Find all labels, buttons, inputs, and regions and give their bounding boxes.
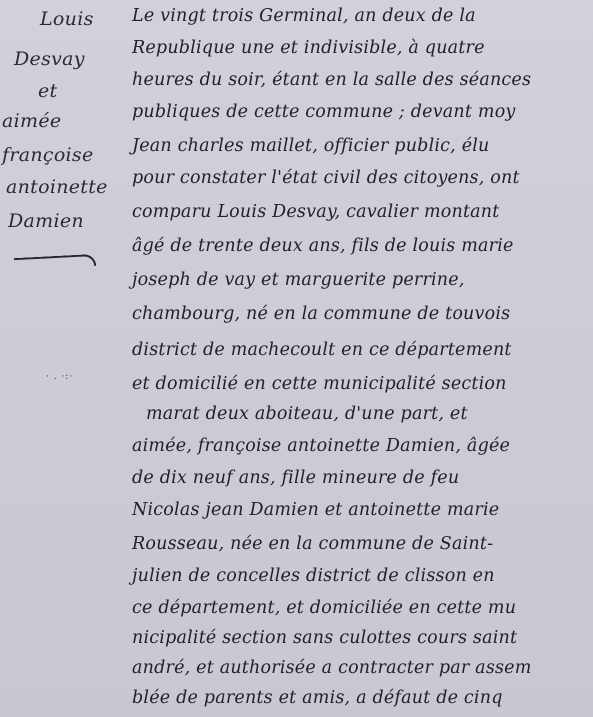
record-line-16: Nicolas jean Damien et antoinette marie [132,500,499,520]
record-line-11: district de machecoult en ce département [132,340,512,360]
margin-name-antoinette: antoinette [6,176,108,198]
margin-dots: · . ·:· [46,372,73,382]
record-line-10: chambourg, né en la commune de touvois [132,304,510,324]
record-line-20: nicipalité section sans culottes cours s… [132,628,517,648]
record-line-17: Rousseau, née en la commune de Saint- [132,534,493,554]
record-line-15: de dix neuf ans, fille mineure de feu [132,468,459,488]
record-line-14: aimée, françoise antoinette Damien, âgée [132,436,510,456]
document-page: Louis Desvay et aimée françoise antoinet… [0,0,593,717]
margin-annotation: Louis Desvay et aimée françoise antoinet… [0,0,128,717]
margin-name-damien: Damien [8,210,84,232]
record-line-22: blée de parents et amis, a défaut de cin… [132,688,503,708]
record-line-1: Le vingt trois Germinal, an deux de la [132,6,476,26]
record-line-2: Republique une et indivisible, à quatre [132,38,485,58]
record-line-3: heures du soir, étant en la salle des sé… [132,70,531,90]
record-line-4: publiques de cette commune ; devant moy [132,102,516,122]
record-line-13: marat deux aboiteau, d'une part, et [146,404,468,424]
margin-name-aimee: aimée [2,110,61,132]
record-line-8: âgé de trente deux ans, fils de louis ma… [132,236,514,256]
record-line-19: ce département, et domiciliée en cette m… [132,598,516,618]
margin-name-desvay: Desvay [14,48,85,70]
record-line-9: joseph de vay et marguerite perrine, [132,270,465,290]
record-line-5: Jean charles maillet, officier public, é… [132,136,490,156]
record-line-6: pour constater l'état civil des citoyens… [132,168,520,188]
margin-name-francoise: françoise [2,144,94,166]
margin-flourish-line [14,254,97,270]
record-line-21: andré, et authorisée a contracter par as… [132,658,532,678]
record-line-18: julien de concelles district de clisson … [132,566,495,586]
record-line-7: comparu Louis Desvay, cavalier montant [132,202,500,222]
margin-name-louis: Louis [40,8,94,30]
record-line-12: et domicilié en cette municipalité secti… [132,374,507,394]
record-body: Le vingt trois Germinal, an deux de la R… [132,0,593,717]
margin-conjunction-et: et [38,80,57,102]
